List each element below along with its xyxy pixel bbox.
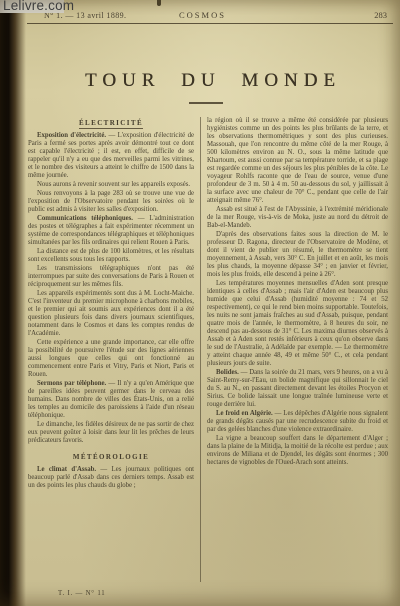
paragraph: Communications téléphoniques. — L'admini… — [28, 215, 194, 247]
section-heading-meteorology: MÉTÉOROLOGIE — [28, 453, 194, 461]
column-divider — [200, 117, 201, 582]
paragraph-text: Les transmissions télégraphiques n'ont p… — [28, 265, 194, 288]
paragraph-lead: Communications téléphoniques. — [37, 215, 133, 222]
paragraph: Le dimanche, les fidèles désireux de ne … — [28, 421, 194, 445]
paragraph: Nous aurons à revenir souvent sur les ap… — [28, 181, 194, 189]
page-title: TOUR DU MONDE — [26, 70, 400, 92]
paragraph-lead: Bolides. — [216, 369, 239, 376]
paragraph: Exposition d'électricité. — L'exposition… — [28, 132, 194, 180]
paragraph: Les températures moyennes mensuelles d'A… — [207, 280, 388, 368]
paragraph-text: Le dimanche, les fidèles désireux de ne … — [28, 421, 194, 444]
paragraph-lead: Le climat d'Assab. — [37, 466, 96, 473]
header-journal-title: COSMOS — [179, 10, 226, 20]
paragraph-lead: Sermons par téléphone. — [37, 380, 106, 387]
paragraph-text: la région où il se trouve a même été con… — [207, 117, 388, 204]
paragraph-text: La distance est de plus de 100 kilomètre… — [28, 248, 194, 263]
watermark: Lelivre.com — [3, 0, 74, 13]
title-divider — [189, 102, 223, 104]
paragraph-text: Assab est situé à l'est de l'Abyssinie, … — [207, 206, 388, 229]
header-rule — [27, 23, 393, 24]
footer-signature: T. I. — N° 11 — [58, 590, 105, 597]
paragraph: Assab est situé à l'est de l'Abyssinie, … — [207, 206, 388, 230]
page-edge-speck — [157, 0, 161, 6]
paragraph: Le climat d'Assab. — Les journaux politi… — [28, 466, 194, 490]
paragraph-text: Nous renvoyons à la page 283 où se trouv… — [28, 190, 194, 213]
paragraph: La vigne a beaucoup souffert dans le dép… — [207, 435, 388, 467]
paragraph-lead: Le froid en Algérie. — [216, 410, 273, 417]
binding-shadow — [0, 0, 26, 606]
paragraph: la région où il se trouve a même été con… — [207, 117, 388, 205]
paragraph: Nous renvoyons à la page 283 où se trouv… — [28, 190, 194, 214]
text-columns: ÉLECTRICITÉ Exposition d'électricité. — … — [28, 117, 392, 582]
paragraph: Le froid en Algérie. — Les dépêches d'Al… — [207, 410, 388, 434]
scanned-page: Lelivre.com N° 1. — 13 avril 1889. COSMO… — [0, 0, 400, 606]
section-heading-electricity: ÉLECTRICITÉ — [28, 119, 194, 127]
paragraph-text: Les appareils expérimentés sont dus à M.… — [28, 290, 194, 337]
page-content: N° 1. — 13 avril 1889. COSMOS 283 TOUR D… — [0, 0, 400, 606]
header-page-number: 283 — [374, 10, 387, 20]
paragraph: Sermons par téléphone. — Il n'y a qu'en … — [28, 380, 194, 420]
paragraph-text: Nous aurons à revenir souvent sur les ap… — [37, 181, 190, 188]
paragraph: Les transmissions télégraphiques n'ont p… — [28, 265, 194, 289]
paragraph-text: — L'exposition d'électricité de Paris a … — [28, 132, 194, 179]
paragraph-text: Cette expérience a une grande importance… — [28, 339, 194, 378]
paragraph: D'après des observations faites sous la … — [207, 231, 388, 279]
paragraph: Cette expérience a une grande importance… — [28, 339, 194, 379]
paragraph: Bolides. — Dans la soirée du 21 mars, ve… — [207, 369, 388, 409]
paragraph: Les appareils expérimentés sont dus à M.… — [28, 290, 194, 338]
right-column: la région où il se trouve a même été con… — [207, 117, 388, 582]
paragraph-text: Les températures moyennes mensuelles d'A… — [207, 280, 388, 367]
paragraph-lead: Exposition d'électricité. — [37, 132, 106, 139]
left-column: ÉLECTRICITÉ Exposition d'électricité. — … — [28, 117, 194, 582]
paragraph: La distance est de plus de 100 kilomètre… — [28, 248, 194, 264]
paragraph-text: La vigne a beaucoup souffert dans le dép… — [207, 435, 388, 466]
paragraph-text: D'après des observations faites sous la … — [207, 231, 388, 278]
